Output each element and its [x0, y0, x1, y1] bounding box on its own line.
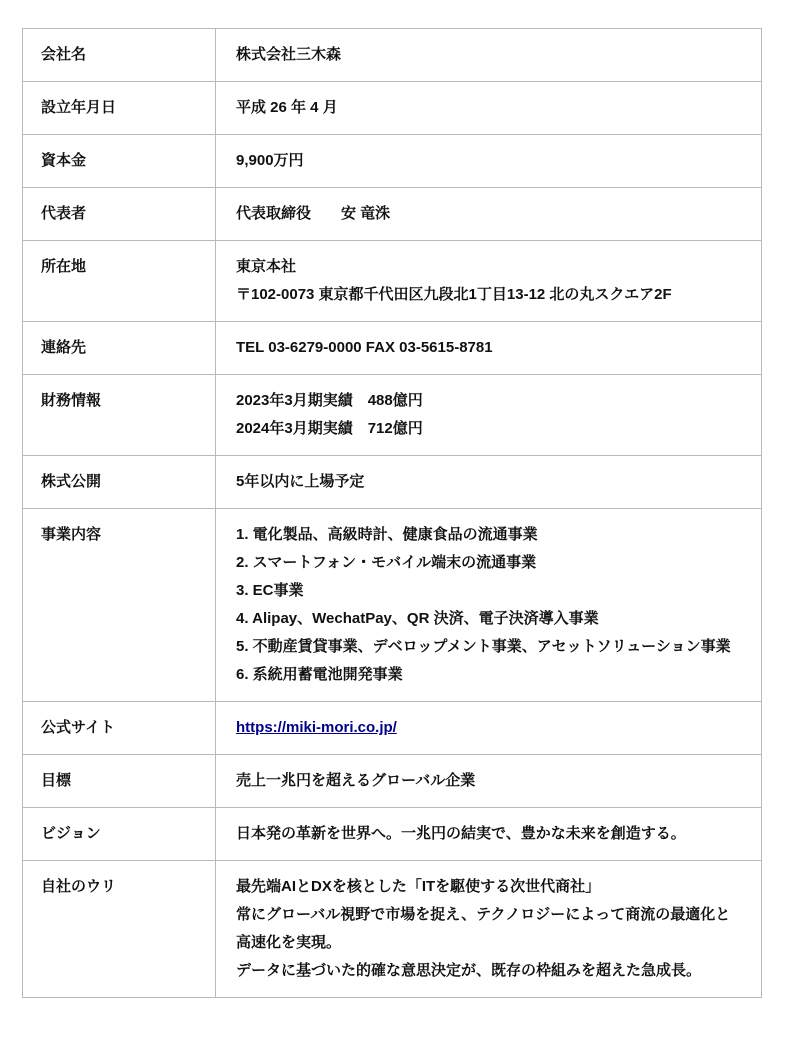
company-info-table: 会社名 株式会社三木森 設立年月日 平成 26 年 4 月 資本金 9,900万…	[22, 28, 762, 998]
value-line: 日本発の革新を世界へ。一兆円の結実で、豊かな未来を創造する。	[236, 820, 743, 848]
row-value-official-site: https://miki-mori.co.jp/	[216, 702, 762, 755]
row-value-ipo: 5年以内に上場予定	[216, 456, 762, 509]
value-line: 9,900万円	[236, 147, 743, 175]
table-row-contact: 連絡先 TEL 03-6279-0000 FAX 03-5615-8781	[23, 322, 762, 375]
page: 会社名 株式会社三木森 設立年月日 平成 26 年 4 月 資本金 9,900万…	[0, 0, 800, 1038]
row-value-financial-info: 2023年3月期実績 488億円2024年3月期実績 712億円	[216, 375, 762, 456]
value-line: TEL 03-6279-0000 FAX 03-5615-8781	[236, 334, 743, 362]
row-value-establishment-date: 平成 26 年 4 月	[216, 82, 762, 135]
value-line: 1. 電化製品、高級時計、健康食品の流通事業	[236, 521, 743, 549]
value-line: データに基づいた的確な意思決定が、既存の枠組みを超えた急成長。	[236, 957, 743, 985]
table-row-goal: 目標 売上一兆円を超えるグローバル企業	[23, 755, 762, 808]
row-label-capital: 資本金	[23, 135, 216, 188]
table-row-address: 所在地 東京本社〒102-0073 東京都千代田区九段北1丁目13-12 北の丸…	[23, 241, 762, 322]
row-value-vision: 日本発の革新を世界へ。一兆円の結実で、豊かな未来を創造する。	[216, 808, 762, 861]
row-label-establishment-date: 設立年月日	[23, 82, 216, 135]
table-row-official-site: 公式サイト https://miki-mori.co.jp/	[23, 702, 762, 755]
row-label-company-name: 会社名	[23, 29, 216, 82]
row-label-representative: 代表者	[23, 188, 216, 241]
value-line: 3. EC事業	[236, 577, 743, 605]
value-line: 2023年3月期実績 488億円	[236, 387, 743, 415]
value-line: 2024年3月期実績 712億円	[236, 415, 743, 443]
row-value-company-name: 株式会社三木森	[216, 29, 762, 82]
value-line: 最先端AIとDXを核とした「ITを駆使する次世代商社」	[236, 873, 743, 901]
table-row-establishment-date: 設立年月日 平成 26 年 4 月	[23, 82, 762, 135]
row-label-business: 事業内容	[23, 509, 216, 702]
row-value-business: 1. 電化製品、高級時計、健康食品の流通事業2. スマートフォン・モバイル端末の…	[216, 509, 762, 702]
value-line: 6. 系統用蓄電池開発事業	[236, 661, 743, 689]
official-site-link[interactable]: https://miki-mori.co.jp/	[236, 719, 397, 736]
value-line: 平成 26 年 4 月	[236, 94, 743, 122]
table-row-financial-info: 財務情報 2023年3月期実績 488億円2024年3月期実績 712億円	[23, 375, 762, 456]
value-line: 売上一兆円を超えるグローバル企業	[236, 767, 743, 795]
row-value-goal: 売上一兆円を超えるグローバル企業	[216, 755, 762, 808]
row-label-contact: 連絡先	[23, 322, 216, 375]
row-value-address: 東京本社〒102-0073 東京都千代田区九段北1丁目13-12 北の丸スクエア…	[216, 241, 762, 322]
table-row-company-name: 会社名 株式会社三木森	[23, 29, 762, 82]
table-row-strengths: 自社のウリ 最先端AIとDXを核とした「ITを駆使する次世代商社」常にグローバル…	[23, 861, 762, 998]
value-line: 4. Alipay、WechatPay、QR 決済、電子決済導入事業	[236, 605, 743, 633]
table-row-representative: 代表者 代表取締役 安 竜洙	[23, 188, 762, 241]
value-line: 東京本社	[236, 253, 743, 281]
value-line: 2. スマートフォン・モバイル端末の流通事業	[236, 549, 743, 577]
row-value-strengths: 最先端AIとDXを核とした「ITを駆使する次世代商社」常にグローバル視野で市場を…	[216, 861, 762, 998]
value-line: 株式会社三木森	[236, 41, 743, 69]
row-label-ipo: 株式公開	[23, 456, 216, 509]
value-line: 5. 不動産賃貸事業、デベロップメント事業、アセットソリューション事業	[236, 633, 743, 661]
value-line: 常にグローバル視野で市場を捉え、テクノロジーによって商流の最適化と高速化を実現。	[236, 901, 743, 957]
row-label-goal: 目標	[23, 755, 216, 808]
row-value-representative: 代表取締役 安 竜洙	[216, 188, 762, 241]
row-value-capital: 9,900万円	[216, 135, 762, 188]
value-line: 代表取締役 安 竜洙	[236, 200, 743, 228]
value-line: https://miki-mori.co.jp/	[236, 714, 743, 742]
table-row-ipo: 株式公開 5年以内に上場予定	[23, 456, 762, 509]
row-label-vision: ビジョン	[23, 808, 216, 861]
table-body: 会社名 株式会社三木森 設立年月日 平成 26 年 4 月 資本金 9,900万…	[23, 29, 762, 998]
table-row-business: 事業内容 1. 電化製品、高級時計、健康食品の流通事業2. スマートフォン・モバ…	[23, 509, 762, 702]
row-label-address: 所在地	[23, 241, 216, 322]
row-label-financial-info: 財務情報	[23, 375, 216, 456]
value-line: 〒102-0073 東京都千代田区九段北1丁目13-12 北の丸スクエア2F	[236, 281, 743, 309]
value-line: 5年以内に上場予定	[236, 468, 743, 496]
row-value-contact: TEL 03-6279-0000 FAX 03-5615-8781	[216, 322, 762, 375]
row-label-official-site: 公式サイト	[23, 702, 216, 755]
table-row-capital: 資本金 9,900万円	[23, 135, 762, 188]
table-row-vision: ビジョン 日本発の革新を世界へ。一兆円の結実で、豊かな未来を創造する。	[23, 808, 762, 861]
row-label-strengths: 自社のウリ	[23, 861, 216, 998]
